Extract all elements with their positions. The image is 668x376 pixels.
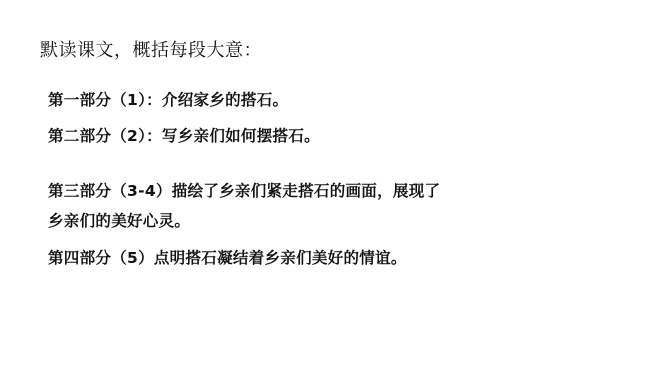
part-two-summary: 第二部分（2）：写乡亲们如何摆搭石。: [48, 126, 320, 146]
part-four-summary: 第四部分（5）点明搭石凝结着乡亲们美好的情谊。: [48, 248, 407, 268]
part-three-summary-continuation: 乡亲们的美好心灵。: [48, 211, 190, 231]
part-three-summary: 第三部分（3-4）描绘了乡亲们紧走搭石的画面，展现了: [48, 181, 440, 201]
part-one-summary: 第一部分（1）：介绍家乡的搭石。: [48, 90, 288, 110]
slide-title: 默读课文，概括每段大意：: [40, 40, 262, 62]
